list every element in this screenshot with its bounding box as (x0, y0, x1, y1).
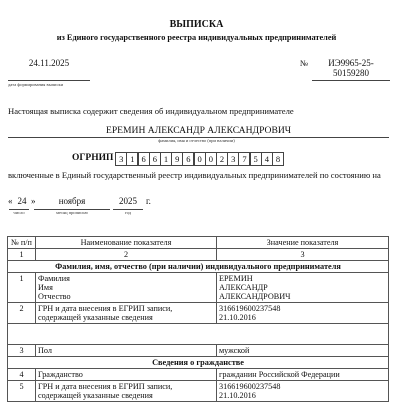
ogrnip-digit: 1 (126, 152, 138, 166)
spacer-row (8, 324, 389, 345)
ogrnip-digit: 6 (149, 152, 161, 166)
issue-date: 24.11.2025 (8, 58, 90, 68)
header-value: Значение показателя (217, 237, 389, 249)
header-name: Наименование показателя (36, 237, 217, 249)
ogrnip-digit: 3 (227, 152, 239, 166)
person-fio: ЕРЕМИН АЛЕКСАНДР АЛЕКСАНДРОВИЧ (8, 125, 389, 136)
section-row: Фамилия, имя, отчество (при наличии) инд… (8, 261, 389, 273)
row-name: Фамилия Имя Отчество (36, 273, 217, 303)
row-name: Пол (36, 345, 217, 357)
intro-text: Настоящая выписка содержит сведения об и… (8, 106, 294, 116)
row-number: 1 (8, 273, 36, 303)
state-month: ноября (34, 196, 110, 206)
ogrnip-digit: 6 (182, 152, 194, 166)
state-day: 24 (15, 196, 29, 206)
row-number: 3 (8, 345, 36, 357)
ogrnip-digit: 2 (216, 152, 228, 166)
document-number: ИЭ9965-25-50159280 (312, 58, 390, 78)
info-table: № п/п Наименование показателя Значение п… (7, 236, 389, 402)
date-underline (8, 80, 90, 81)
month-caption: месяц прописью (34, 210, 110, 215)
row-name: ГРН и дата внесения в ЕГРИП записи, соде… (36, 303, 217, 324)
table-header-row: № п/п Наименование показателя Значение п… (8, 237, 389, 249)
ogrnip-digit: 3 (115, 152, 127, 166)
header-num: № п/п (8, 237, 36, 249)
row-name: ГРН и дата внесения в ЕГРИП записи, соде… (36, 381, 217, 402)
column-number-row: 1 2 3 (8, 249, 389, 261)
row-number: 4 (8, 369, 36, 381)
row-value: 316619600237548 21.10.2016 (217, 381, 389, 402)
document-title: ВЫПИСКА (0, 19, 393, 30)
col-number: 1 (8, 249, 36, 261)
ogrnip-digit: 1 (160, 152, 172, 166)
row-value: мужской (217, 345, 389, 357)
ogrnip-digit: 7 (238, 152, 250, 166)
fio-caption: фамилия, имя и отчество (при наличии) (0, 138, 393, 143)
section-title: Сведения о гражданстве (8, 357, 389, 369)
ogrnip-digit: 5 (250, 152, 262, 166)
empty-cell (8, 324, 389, 345)
row-value: гражданин Российской Федерации (217, 369, 389, 381)
table-row: 5 ГРН и дата внесения в ЕГРИП записи, со… (8, 381, 389, 402)
ogrnip-digit: 0 (194, 152, 206, 166)
col-number: 3 (217, 249, 389, 261)
number-underline (312, 80, 390, 81)
date-caption: дата формирования выписки (8, 82, 90, 87)
day-caption: число (9, 210, 29, 215)
row-number: 2 (8, 303, 36, 324)
number-sign: № (300, 58, 308, 68)
ogrnip-digit: 0 (205, 152, 217, 166)
row-value: ЕРЕМИН АЛЕКСАНДР АЛЕКСАНДРОВИЧ (217, 273, 389, 303)
state-year: 2025 (113, 196, 143, 206)
section-title: Фамилия, имя, отчество (при наличии) инд… (8, 261, 389, 273)
section-row: Сведения о гражданстве (8, 357, 389, 369)
year-caption: год (113, 210, 143, 215)
ogrnip-digits: 3 1 6 6 1 9 6 0 0 2 3 7 5 4 8 (116, 152, 284, 166)
row-value: 316619600237548 21.10.2016 (217, 303, 389, 324)
ogrnip-digit: 9 (171, 152, 183, 166)
open-quote: « (8, 196, 13, 206)
table-row: 3 Пол мужской (8, 345, 389, 357)
col-number: 2 (36, 249, 217, 261)
included-text: включенные в Единый государственный реес… (8, 171, 388, 180)
table-row: 1 Фамилия Имя Отчество ЕРЕМИН АЛЕКСАНДР … (8, 273, 389, 303)
document-subtitle: из Единого государственного реестра инди… (0, 33, 393, 42)
table-row: 2 ГРН и дата внесения в ЕГРИП записи, со… (8, 303, 389, 324)
table-row: 4 Гражданство гражданин Российской Федер… (8, 369, 389, 381)
year-suffix: г. (146, 196, 151, 206)
row-number: 5 (8, 381, 36, 402)
ogrnip-digit: 8 (272, 152, 284, 166)
ogrnip-digit: 6 (138, 152, 150, 166)
ogrnip-label: ОГРНИП (72, 153, 113, 163)
row-name: Гражданство (36, 369, 217, 381)
ogrnip-digit: 4 (261, 152, 273, 166)
